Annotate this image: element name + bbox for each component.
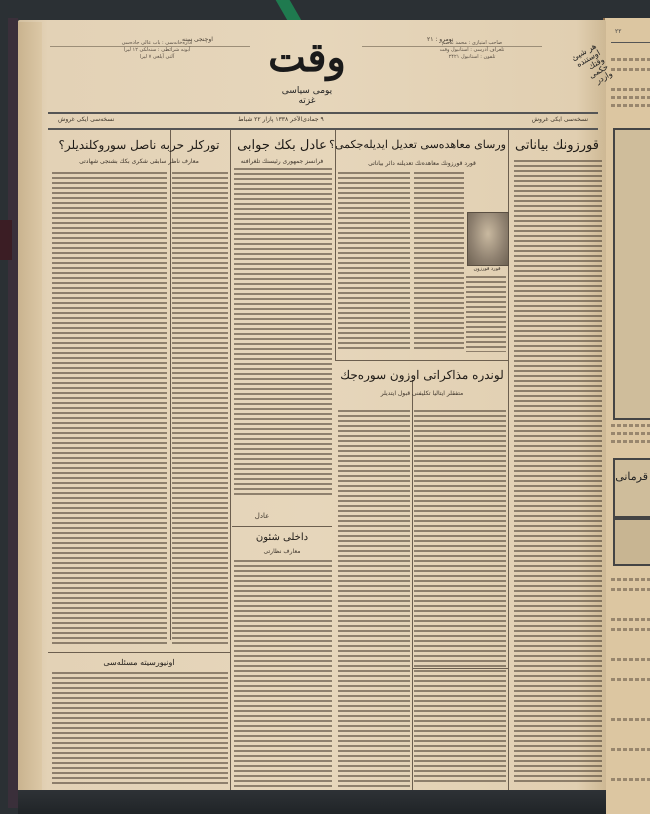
subhead-turks: معارف ناظر سابقی شكری بكك بشنجی شهادتی xyxy=(50,158,228,165)
headline-domestic: داخلی شئون xyxy=(232,532,332,543)
newspaper-logo: وقت xyxy=(257,32,357,84)
table-surface xyxy=(18,790,606,814)
headline-school: اونیورسیتە مسئلەسی xyxy=(50,658,228,667)
subhead-adil-bey: فرانسز جمهوری رئیسنك تلغرافنە xyxy=(232,158,332,165)
info-line: تلفون : استانبول ۲۴۲۱ xyxy=(382,54,562,61)
binding-strip xyxy=(0,220,12,260)
article-body-versailles-3 xyxy=(466,276,506,352)
article-body-london-2 xyxy=(338,410,410,790)
article-body-corzon xyxy=(514,160,602,785)
info-line: صاحب امتیازی : محمد عاصم xyxy=(382,40,562,47)
adjacent-box-title: قرمانی xyxy=(615,460,650,493)
article-body-school xyxy=(52,672,228,787)
adjacent-page: ۲۲ قرمانی xyxy=(603,18,650,814)
info-line: آلتی آیلغی ۷ لیرا xyxy=(62,54,252,61)
masthead-right-info: صاحب امتیازی : محمد عاصم تلغراف آدرسی : … xyxy=(382,40,562,61)
portrait-photo xyxy=(467,212,509,266)
photo-caption: قورد قورزون xyxy=(467,266,507,272)
subhead-london: متفقلر ایتالیا تكلیفنی قبول ایتدیلر xyxy=(338,390,506,397)
headline-turks: تورکلر حربە ناصل سوروكلنديلر؟ xyxy=(50,138,228,152)
adjacent-page-number: ۲۲ xyxy=(615,28,621,35)
masthead-left-info: ادارەخانەسی : باب عالی جادەسی آبونه شرائ… xyxy=(62,40,252,61)
info-line: تلغراف آدرسی : استانبول وقت xyxy=(382,47,562,54)
price-right: نسخەسی ایکی غروش xyxy=(532,116,588,123)
headline-adil-bey: عادل بكك جوابی xyxy=(232,138,332,153)
info-line: آبونه شرائطی : سنەلکی ۱۲ لیرا xyxy=(62,47,252,54)
date-line: ۹ جمادی‌الآخر ۱۳۳۸ پازار ۲۲ شباط xyxy=(238,116,324,123)
book-binding xyxy=(8,18,18,808)
info-line: ادارەخانەسی : باب عالی جادەسی xyxy=(62,40,252,47)
article-body-turks-2 xyxy=(52,172,167,647)
article-body-london xyxy=(414,410,506,785)
bookmark-ribbon xyxy=(276,0,303,22)
newspaper-tagline: یومی سیاسی غزته xyxy=(277,86,337,106)
article-body-turks xyxy=(172,172,228,647)
headline-corzon: قورزونك بیاناتی xyxy=(512,138,602,153)
adjacent-title-box: قرمانی xyxy=(613,458,650,518)
article-body-versailles-2 xyxy=(338,172,410,352)
date-bar: نسخەسی ایکی غروش ۹ جمادی‌الآخر ۱۳۳۸ پازا… xyxy=(48,112,598,130)
price-left: نسخەسی ایکی غروش xyxy=(58,116,114,123)
article-body-adil-bey xyxy=(234,168,332,498)
headline-london: لوندره مذاكراتی اوزون سورەجك xyxy=(338,368,506,382)
signature: عادل xyxy=(232,512,292,520)
adjacent-ad-box xyxy=(613,128,650,420)
masthead: اوچنجی سنه نومرو : ۲۱ ادارەخانەسی : باب … xyxy=(42,28,598,106)
headline-versailles: ورسای معاهدەسی تعدیل ایدیلەجكمی؟ xyxy=(338,138,506,151)
article-body-versailles xyxy=(414,172,464,352)
page-edge xyxy=(18,22,42,808)
article-body-domestic xyxy=(234,560,332,790)
subhead-versailles: قورد قورزونك معاهدەنك تعدیلنە دائر بیانا… xyxy=(338,160,506,167)
subhead-domestic: معارف نظارتی xyxy=(232,548,332,555)
